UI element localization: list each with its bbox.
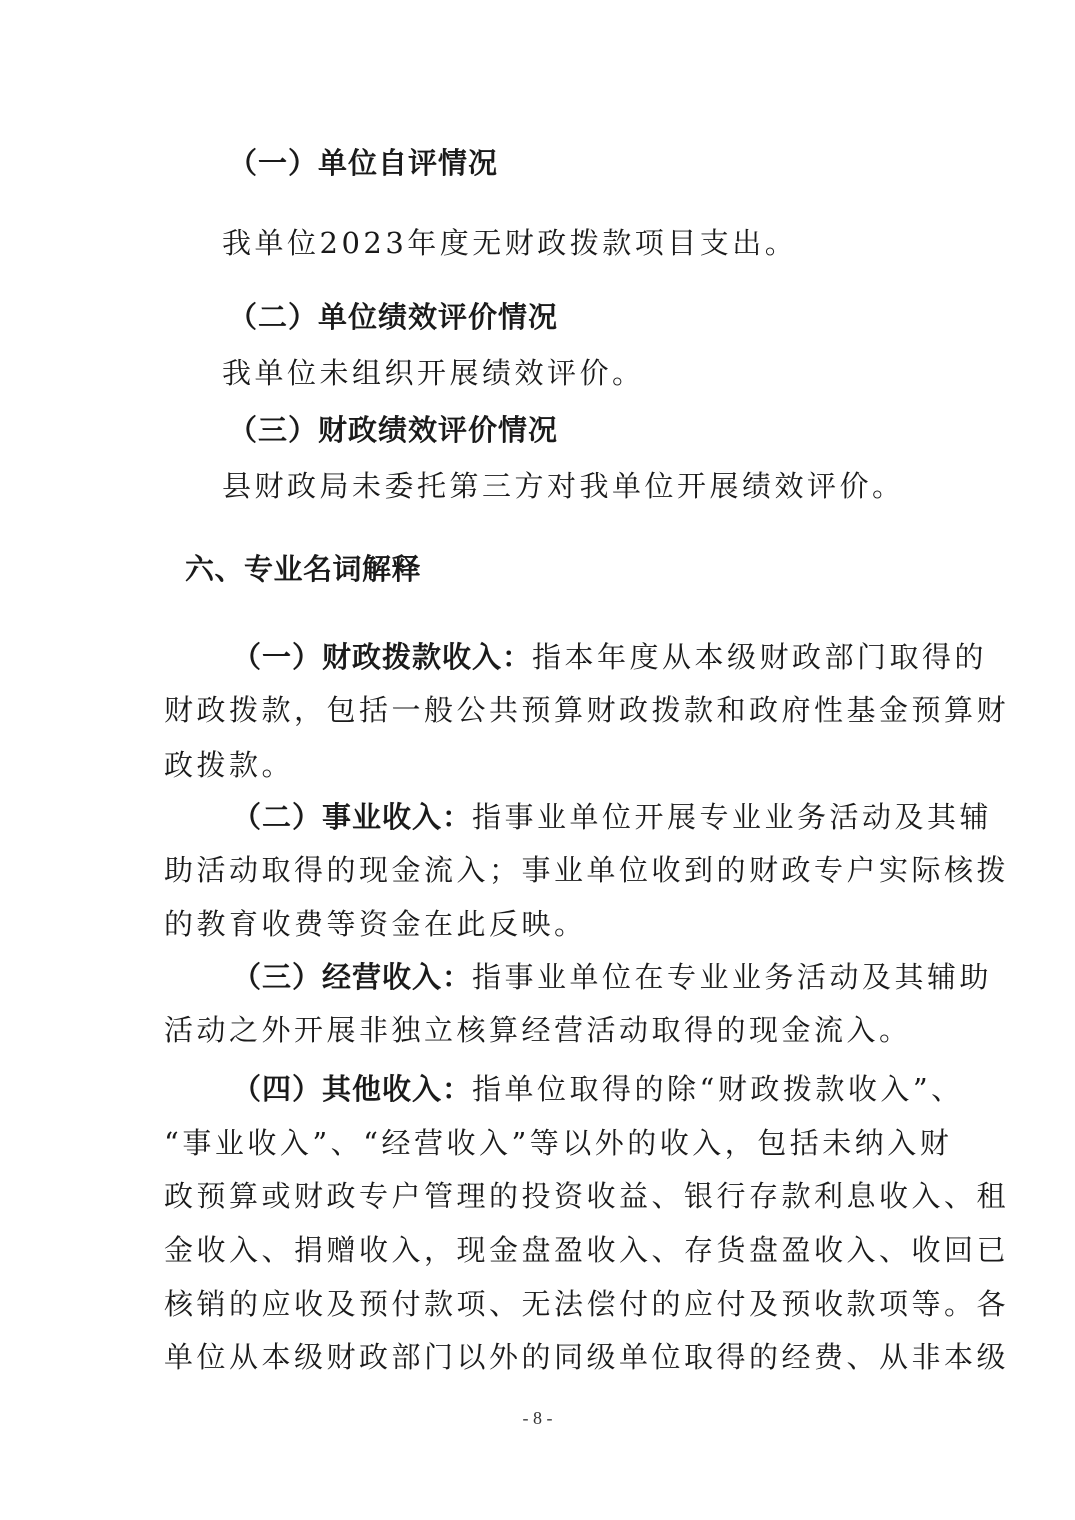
term-paragraph-other-income: （四）其他收入：指单位取得的除“财政拨款收入”、 xyxy=(232,1072,964,1106)
term-text: 指单位取得的除“财政拨款收入”、 xyxy=(472,1072,964,1106)
section-body-unit-performance: 我单位未组织开展绩效评价。 xyxy=(222,356,645,390)
term-line: 政预算或财政专户管理的投资收益、银行存款利息收入、租 xyxy=(164,1179,1009,1213)
chapter-heading-glossary: 六、专业名词解释 xyxy=(185,552,421,586)
term-text: 指事业单位开展专业业务活动及其辅 xyxy=(472,800,992,834)
term-line: 的教育收费等资金在此反映。 xyxy=(164,907,587,941)
page-number: - 8 - xyxy=(0,1408,1075,1429)
term-line: 助活动取得的现金流入；事业单位收到的财政专户实际核拨 xyxy=(164,853,1009,887)
section-heading-fiscal-performance: （三）财政绩效评价情况 xyxy=(228,413,558,447)
term-label: （二）事业收入： xyxy=(232,800,472,834)
term-paragraph-operating-income: （三）经营收入：指事业单位在专业业务活动及其辅助 xyxy=(232,960,992,994)
term-label: （四）其他收入： xyxy=(232,1072,472,1106)
term-label: （一）财政拨款收入： xyxy=(232,640,532,674)
term-label: （三）经营收入： xyxy=(232,960,472,994)
term-line: 单位从本级财政部门以外的同级单位取得的经费、从非本级 xyxy=(164,1340,1009,1374)
section-body-self-evaluation: 我单位2023年度无财政拨款项目支出。 xyxy=(222,226,797,260)
term-text: 指事业单位在专业业务活动及其辅助 xyxy=(472,960,992,994)
term-line: 政拨款。 xyxy=(164,748,294,782)
term-line: 核销的应收及预付款项、无法偿付的应付及预收款项等。各 xyxy=(164,1287,1009,1321)
term-line: “事业收入”、“经营收入”等以外的收入，包括未纳入财 xyxy=(164,1126,952,1160)
term-line: 财政拨款，包括一般公共预算财政拨款和政府性基金预算财 xyxy=(164,693,1009,727)
term-text: 指本年度从本级财政部门取得的 xyxy=(532,640,987,674)
section-heading-unit-performance: （二）单位绩效评价情况 xyxy=(228,300,558,334)
section-body-fiscal-performance: 县财政局未委托第三方对我单位开展绩效评价。 xyxy=(222,469,905,503)
section-heading-self-evaluation: （一）单位自评情况 xyxy=(228,146,498,180)
term-line: 金收入、捐赠收入，现金盘盈收入、存货盘盈收入、收回已 xyxy=(164,1233,1009,1267)
term-paragraph-fiscal-appropriation: （一）财政拨款收入：指本年度从本级财政部门取得的 xyxy=(232,640,987,674)
term-line: 活动之外开展非独立核算经营活动取得的现金流入。 xyxy=(164,1013,912,1047)
term-paragraph-business-income: （二）事业收入：指事业单位开展专业业务活动及其辅 xyxy=(232,800,992,834)
